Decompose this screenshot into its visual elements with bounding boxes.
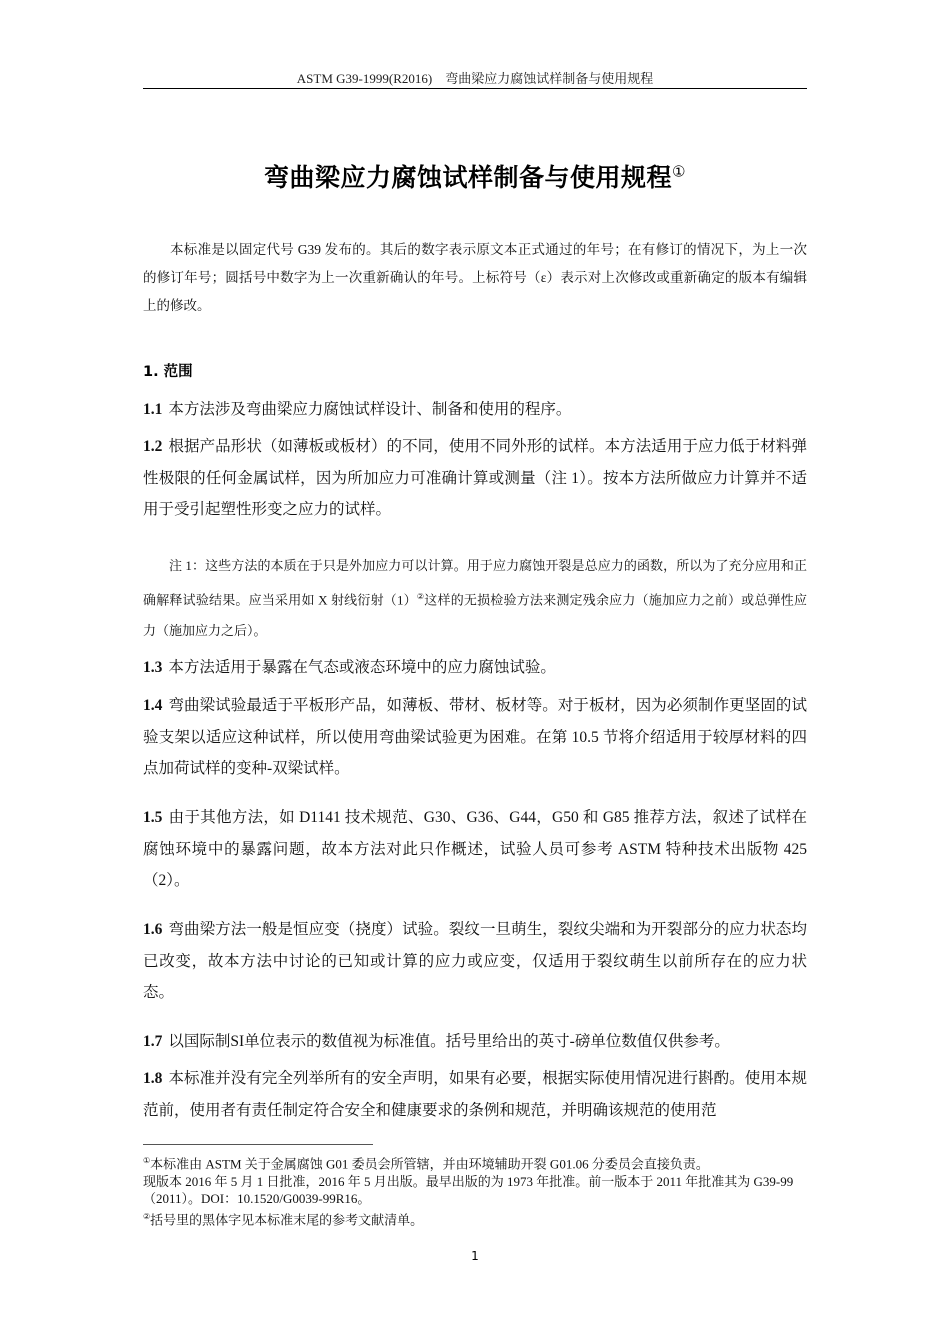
clause-1-7: 1.7以国际制SI单位表示的数值视为标准值。括号里给出的英寸-磅单位数值仅供参考…: [143, 1026, 807, 1058]
clause-1-3: 1.3本方法适用于暴露在气态或液态环境中的应力腐蚀试验。: [143, 652, 807, 684]
footnote-text: 本标准由 ASTM 关于金属腐蚀 G01 委员会所管辖，并由环境辅助开裂 G01…: [150, 1156, 709, 1171]
page-number: 1: [143, 1249, 807, 1263]
footnote-divider: [143, 1144, 373, 1145]
clause-1-6: 1.6弯曲梁方法一般是恒应变（挠度）试验。裂纹一旦萌生，裂纹尖端和为开裂部分的应…: [143, 914, 807, 1009]
clause-number: 1.4: [143, 697, 162, 714]
clause-number: 1.1: [143, 401, 162, 418]
title-footnote-mark: ①: [672, 163, 686, 181]
clause-number: 1.6: [143, 921, 162, 938]
section-heading-scope: 1. 范围: [143, 360, 193, 381]
intro-paragraph: 本标准是以固定代号 G39 发布的。其后的数字表示原文本正式通过的年号；在有修订…: [143, 236, 807, 320]
footnote-1: ①本标准由 ASTM 关于金属腐蚀 G01 委员会所管辖，并由环境辅助开裂 G0…: [143, 1152, 807, 1173]
footnotes: ①本标准由 ASTM 关于金属腐蚀 G01 委员会所管辖，并由环境辅助开裂 G0…: [143, 1152, 807, 1229]
clause-1-2: 1.2根据产品形状（如薄板或板材）的不同，使用不同外形的试样。本方法适用于应力低…: [143, 431, 807, 526]
clause-text: 本标准并没有完全列举所有的安全声明，如果有必要，根据实际使用情况进行斟酌。使用本…: [143, 1070, 807, 1119]
note-1: 注 1：这些方法的本质在于只是外加应力可以计算。用于应力腐蚀开裂是总应力的函数，…: [143, 550, 807, 646]
clause-text: 由于其他方法，如 D1141 技术规范、G30、G36、G44，G50 和 G8…: [143, 809, 807, 889]
clause-1-8: 1.8本标准并没有完全列举所有的安全声明，如果有必要，根据实际使用情况进行斟酌。…: [143, 1063, 807, 1126]
footnote-text: 现版本 2016 年 5 月 1 日批准，2016 年 5 月出版。最早出版的为…: [143, 1174, 793, 1207]
clause-1-5: 1.5由于其他方法，如 D1141 技术规范、G30、G36、G44，G50 和…: [143, 802, 807, 897]
document-title: 弯曲梁应力腐蚀试样制备与使用规程①: [143, 158, 807, 194]
footnote-2: ②括号里的黑体字见本标准末尾的参考文献清单。: [143, 1208, 807, 1229]
footnote-text: 括号里的黑体字见本标准末尾的参考文献清单。: [150, 1212, 423, 1227]
clause-text: 以国际制SI单位表示的数值视为标准值。括号里给出的英寸-磅单位数值仅供参考。: [168, 1033, 729, 1050]
clause-1-1: 1.1本方法涉及弯曲梁应力腐蚀试样设计、制备和使用的程序。: [143, 394, 807, 426]
clause-text: 本方法涉及弯曲梁应力腐蚀试样设计、制备和使用的程序。: [168, 401, 571, 418]
header-divider: [143, 88, 807, 89]
clause-number: 1.3: [143, 659, 162, 676]
clause-text: 弯曲梁方法一般是恒应变（挠度）试验。裂纹一旦萌生，裂纹尖端和为开裂部分的应力状态…: [143, 921, 807, 1001]
document-page: ASTM G39-1999(R2016) 弯曲梁应力腐蚀试样制备与使用规程 弯曲…: [0, 0, 950, 1344]
clause-text: 弯曲梁试验最适于平板形产品，如薄板、带材、板材等。对于板材，因为必须制作更坚固的…: [143, 697, 807, 777]
clause-number: 1.8: [143, 1070, 162, 1087]
title-text: 弯曲梁应力腐蚀试样制备与使用规程: [264, 163, 672, 192]
clause-number: 1.2: [143, 438, 162, 455]
clause-text: 根据产品形状（如薄板或板材）的不同，使用不同外形的试样。本方法适用于应力低于材料…: [143, 438, 807, 518]
running-header: ASTM G39-1999(R2016) 弯曲梁应力腐蚀试样制备与使用规程: [143, 68, 807, 87]
clause-1-4: 1.4弯曲梁试验最适于平板形产品，如薄板、带材、板材等。对于板材，因为必须制作更…: [143, 690, 807, 785]
clause-number: 1.7: [143, 1033, 162, 1050]
clause-number: 1.5: [143, 809, 162, 826]
footnote-1-continued: 现版本 2016 年 5 月 1 日批准，2016 年 5 月出版。最早出版的为…: [143, 1173, 807, 1208]
clause-text: 本方法适用于暴露在气态或液态环境中的应力腐蚀试验。: [168, 659, 556, 676]
